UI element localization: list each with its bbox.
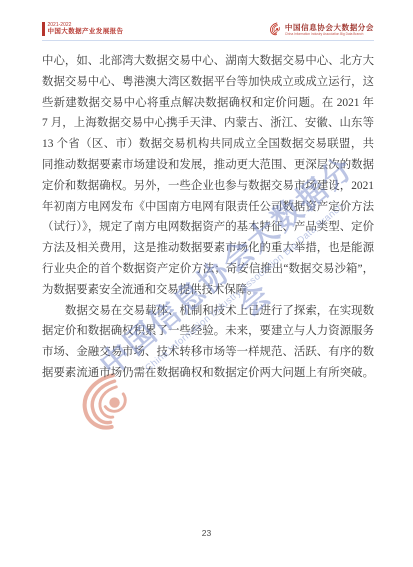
org-logo-block: 中国信息协会大数据分会 China Information Industry A… (269, 22, 374, 36)
flame-logo-icon (269, 22, 282, 36)
red-accent-bar (42, 22, 45, 36)
org-name-cn: 中国信息协会大数据分会 (285, 23, 374, 32)
org-name-block: 中国信息协会大数据分会 China Information Industry A… (285, 23, 374, 36)
body-text-line: 13 个省（区、市）数据交易机构共同成立全国数据交易联盟，共 (42, 134, 374, 155)
body-text-line: 据要素流通市场仍需在数据确权和数据定价两大问题上有所突破。 (42, 363, 374, 384)
body-text: 中心，如、北部湾大数据交易中心、湖南大数据交易中心、北方大数据交易中心、粤港澳大… (42, 51, 374, 384)
report-title: 中国大数据产业发展报告 (48, 28, 124, 36)
body-text-line: 7 月，上海数据交易中心携手天津、内蒙古、浙江、安徽、山东等 (42, 113, 374, 134)
body-text-line: 中心，如、北部湾大数据交易中心、湖南大数据交易中心、北方大 (42, 51, 374, 72)
body-text-line: 方法及相关费用，这是推动数据要素市场化的重大举措，也是能源 (42, 238, 374, 259)
body-text-line: 据定价和数据确权积累了一些经验。未来，要建立与人力资源服务 (42, 321, 374, 342)
report-badge: 2021-2022 中国大数据产业发展报告 (42, 22, 123, 36)
org-name-en: China Information Industry Association B… (285, 32, 374, 36)
body-text-line: 数据交易中心、粤港澳大湾区数据平台等加快成立或成立运行，这 (42, 72, 374, 93)
body-text-line: 些新建数据交易中心将重点解决数据确权和定价问题。在 2021 年 (42, 93, 374, 114)
report-badge-text: 2021-2022 中国大数据产业发展报告 (48, 22, 124, 36)
header-divider (42, 40, 374, 41)
body-text-line: （试行）》，规定了南方电网数据资产的基本特征、产品类型、定价 (42, 217, 374, 238)
body-text-line: 同推动数据要素市场建设和发展，推动更大范围、更深层次的数据 (42, 155, 374, 176)
body-text-line: 为数据要素安全流通和交易提供技术保障。 (42, 280, 374, 301)
document-page: 2021-2022 中国大数据产业发展报告 中国信息协会大数据分会 China … (0, 0, 413, 567)
body-text-line: 数据交易在交易载体、机制和技术上已进行了探索，在实现数 (42, 301, 374, 322)
body-text-line: 定价和数据确权。另外，一些企业也参与数据交易市场建设，2021 (42, 176, 374, 197)
body-text-line: 行业央企的首个数据资产定价方法；奇安信推出“数据交易沙箱”， (42, 259, 374, 280)
body-text-line: 年初南方电网发布《中国南方电网有限责任公司数据资产定价方法 (42, 197, 374, 218)
page-number: 23 (0, 528, 413, 538)
body-text-line: 市场、金融交易市场、技术转移市场等一样规范、活跃、有序的数 (42, 342, 374, 363)
